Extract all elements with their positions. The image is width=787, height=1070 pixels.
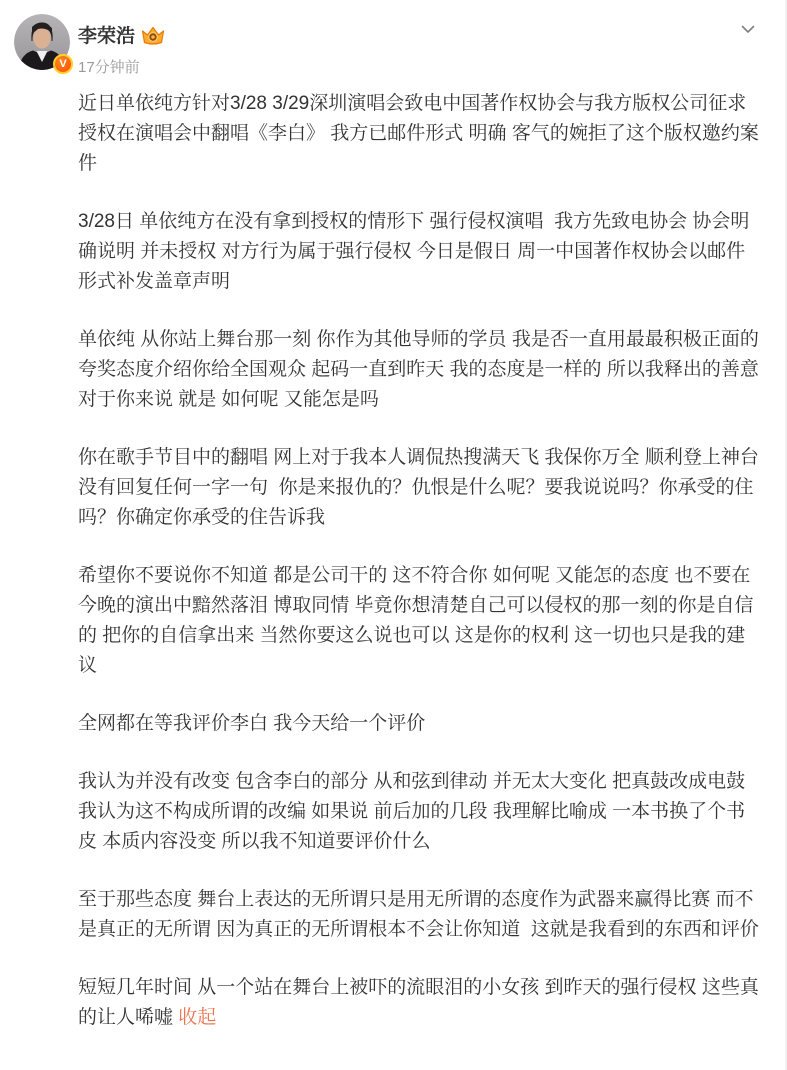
post-paragraph: 单依纯 从你站上舞台那一刻 你作为其他导师的学员 我是否一直用最最积极正面的夸奖… [78,325,762,415]
post-timestamp: 17分钟前 [78,56,165,77]
verified-letter: V [59,59,66,70]
collapse-link[interactable]: 收起 [178,1007,216,1028]
chevron-down-icon[interactable] [739,20,757,43]
post-paragraph: 全网都在等我评价李白 我今天给一个评价 [78,709,762,739]
verified-v-badge: V [53,54,73,74]
post-paragraph: 短短几年时间 从一个站在舞台上被吓的流眼泪的小女孩 到昨天的强行侵权 这些真的让… [78,973,762,1033]
post-paragraph: 你在歌手节目中的翻唱 网上对于我本人调侃热搜满天飞 我保你万全 顺利登上神台没有… [78,443,762,533]
vip-crown-icon [141,26,165,46]
post-paragraph: 至于那些态度 舞台上表达的无所谓只是用无所谓的态度作为武器来赢得比赛 而不是真正… [78,885,762,945]
post-paragraph: 3/28日 单依纯方在没有拿到授权的情形下 强行侵权演唱 我方先致电协会 协会明… [78,207,762,297]
avatar[interactable]: V [14,14,70,70]
post-paragraph: 我认为并没有改变 包含李白的部分 从和弦到律动 并无太大变化 把真鼓改成电鼓我认… [78,767,762,857]
header-info: 李荣浩 17分钟前 [78,14,165,77]
post-paragraph: 近日单依纯方针对3/28 3/29深圳演唱会致电中国著作权协会与我方版权公司征求… [78,89,762,179]
post-paragraph: 希望你不要说你不知道 都是公司干的 这不符合你 如何呢 又能怎的态度 也不要在今… [78,561,762,681]
post-text: 近日单依纯方针对3/28 3/29深圳演唱会致电中国著作权协会与我方版权公司征求… [78,89,762,1033]
name-row: 李荣浩 [78,21,165,48]
weibo-post-card: V 李荣浩 17分钟前 近日单依纯方针对3/28 3/29 [0,0,787,1070]
post-header: V 李荣浩 17分钟前 [0,0,785,77]
username[interactable]: 李荣浩 [78,21,135,48]
